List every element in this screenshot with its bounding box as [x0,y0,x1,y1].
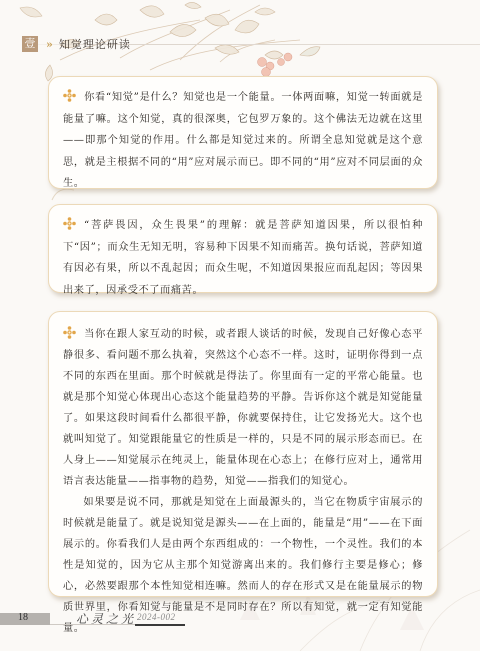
section-header: 壹 » 知觉理论研读 [22,35,131,53]
magazine-page: 壹 » 知觉理论研读 你看“知觉”是什么？知觉也是一个能量。一体两面嘛，知觉一转… [0,0,480,651]
quote-card-cause-effect: “菩萨畏因，众生畏果”的理解：就是菩萨知道因果，所以很怕种下“因”；而众生无知无… [48,204,438,293]
card-paragraph: 当你在跟人家互动的时候，或者跟人谈话的时候，发现自己好像心态平静很多、看问题不那… [63,324,423,492]
flower-ornament-icon [63,217,76,230]
quote-card-knowledge: 你看“知觉”是什么？知觉也是一个能量。一体两面嘛，知觉一转面就是能量了嘛。这个知… [48,76,438,189]
card-text: 你看“知觉”是什么？知觉也是一个能量。一体两面嘛，知觉一转面就是能量了嘛。这个知… [63,92,423,189]
footer-underline [135,624,185,626]
card-paragraph: 你看“知觉”是什么？知觉也是一个能量。一体两面嘛，知觉一转面就是能量了嘛。这个知… [63,87,423,195]
flower-ornament-icon [63,89,76,102]
flower-ornament-icon [63,326,76,339]
magazine-name: 心灵之光 [76,610,136,627]
card-paragraph: “菩萨畏因，众生畏果”的理解：就是菩萨知道因果，所以很怕种下“因”；而众生无知无… [63,215,423,301]
card-text: “菩萨畏因，众生畏果”的理解：就是菩萨知道因果，所以很怕种下“因”；而众生无知无… [63,220,423,296]
page-number: 18 [18,612,28,623]
section-number-badge: 壹 [22,36,38,52]
card-text: 当你在跟人家互动的时候，或者跟人谈话的时候，发现自己好像心态平静很多、看问题不那… [63,329,423,487]
section-title: 知觉理论研读 [59,36,131,52]
double-chevron-icon: » [46,38,51,51]
issue-number: 2024-002 [137,612,176,622]
quote-card-energy: 当你在跟人家互动的时候，或者跟人谈话的时候，发现自己好像心态平静很多、看问题不那… [48,311,438,597]
